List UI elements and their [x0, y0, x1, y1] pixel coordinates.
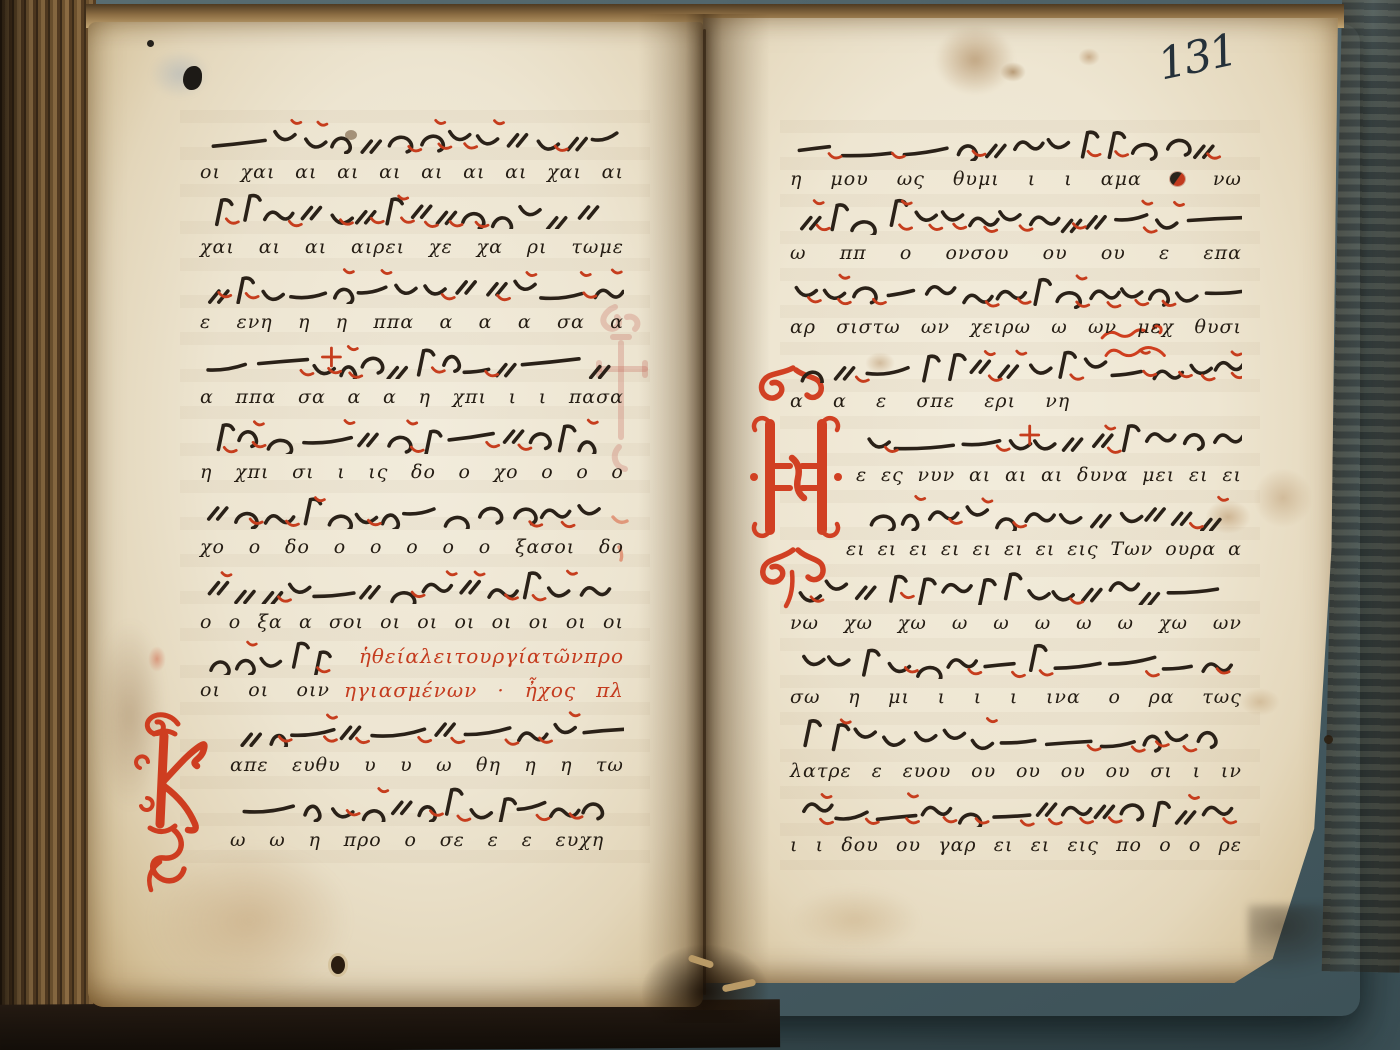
neume-line	[790, 122, 1242, 162]
lyric-syllable: η	[418, 386, 430, 408]
lyric-syllable: οι	[566, 611, 587, 633]
neume-line	[200, 189, 624, 230]
ink-speck	[147, 40, 154, 47]
lyric-syllable: ο	[479, 536, 491, 558]
lyric-syllable: ο	[443, 536, 455, 558]
neume-line	[230, 782, 624, 823]
lyric-syllable: α	[833, 390, 847, 412]
rubric-syllable: ηγιασμένων	[344, 678, 477, 702]
page-edge-stack-left	[0, 0, 96, 1050]
lyric-line: ααεσπεερινη	[790, 384, 1070, 418]
lyric-syllable: ρα	[1149, 686, 1175, 708]
lyric-syllable: δυνα	[1077, 464, 1128, 486]
lyric-syllable: ου	[1101, 242, 1126, 264]
lyric-syllable: χπι	[452, 386, 486, 408]
lyric-syllable: αι	[1041, 464, 1063, 486]
lyric-syllable: ο	[200, 611, 212, 633]
lyric-line: λατρεεευουουουουουσιιιν	[790, 754, 1242, 788]
lyric-syllable: δο	[599, 536, 624, 558]
neume-line	[200, 414, 624, 455]
lyric-syllable: αρ	[790, 316, 816, 338]
lyric-syllable: οι	[248, 679, 269, 701]
lyric-syllable: ει	[994, 834, 1014, 856]
lyric-syllable: ρι	[527, 236, 548, 258]
lyric-syllable: σα	[298, 386, 326, 408]
lyric-syllable: α	[610, 311, 624, 333]
gutter-shadow	[638, 14, 770, 1010]
lyric-syllable: ε	[488, 829, 499, 851]
lyric-syllable: πασα	[569, 386, 624, 408]
lyric-syllable: οι	[417, 611, 438, 633]
lyric-syllable: ες	[881, 464, 904, 486]
lyric-syllable: ππα	[373, 311, 414, 333]
floral-separator-ornament	[1170, 172, 1185, 186]
lyric-syllable: μει	[1142, 464, 1175, 486]
lyric-line: χοοδοοοοοοξασοιδο	[200, 530, 624, 564]
lyric-line: εενηηηππαααασαα	[200, 305, 624, 339]
lyric-syllable: ου	[1106, 760, 1131, 782]
lyric-syllable: ουρα	[1165, 538, 1216, 560]
lyric-syllable: η	[790, 168, 802, 190]
lyric-syllable: ι	[974, 686, 982, 708]
lyric-line: οοξαασοιοιοιοιοιοιοιοι	[200, 605, 624, 639]
lyric-line: απεευθυυυωθηηητω	[230, 748, 624, 782]
lyric-syllable: ως	[897, 168, 925, 190]
lyric-syllable: ε	[876, 390, 887, 412]
lyric-syllable: ππα	[236, 386, 277, 408]
rubric-syllable: ἡ	[359, 644, 372, 668]
lyric-syllable: α	[299, 611, 313, 633]
lyric-syllable: οι	[603, 611, 624, 633]
lyric-syllable: ο	[405, 829, 417, 851]
lyric-syllable: πο	[1116, 834, 1142, 856]
lyric-syllable: αι	[259, 236, 281, 258]
lyric-syllable: οι	[492, 611, 513, 633]
lyric-syllable: ι	[1028, 168, 1036, 190]
lyric-syllable: χο	[200, 536, 225, 558]
lyric-syllable: ι	[1193, 760, 1201, 782]
neume-line	[790, 640, 1242, 680]
lyric-syllable: ει	[1031, 834, 1051, 856]
lyric-syllable: ξασοι	[515, 536, 575, 558]
lyric-syllable: α	[440, 311, 454, 333]
lyric-syllable: οι	[454, 611, 475, 633]
neume-line	[856, 418, 1242, 458]
lyric-syllable: χαι	[200, 236, 235, 258]
lyric-syllable: επα	[1203, 242, 1242, 264]
lyric-syllable: αιρει	[351, 236, 405, 258]
lyric-syllable: α	[518, 311, 532, 333]
lyric-syllable: ε	[872, 760, 883, 782]
lyric-syllable: ω	[952, 612, 969, 634]
lyric-line: ωπποονσουουουεεπα	[790, 236, 1242, 270]
neume-line	[200, 264, 624, 305]
lyric-syllable: ο	[249, 536, 261, 558]
lyric-syllable: θη	[476, 754, 501, 776]
lyric-syllable: η	[200, 461, 212, 483]
lyric-syllable: αι	[463, 161, 485, 183]
lyric-syllable: ο	[459, 461, 471, 483]
lyric-syllable: ο	[611, 461, 623, 483]
rubric-syllable: πλ	[596, 678, 624, 702]
lyric-syllable: ευου	[903, 760, 952, 782]
lyric-line: νωχωχωωωωωωχωων	[790, 606, 1242, 640]
lyric-syllable: απε	[230, 754, 269, 776]
lyric-syllable: δο	[411, 461, 436, 483]
lyric-syllable: ω	[790, 242, 807, 264]
lyric-syllable: ο	[541, 461, 553, 483]
lyric-syllable: ι	[1064, 168, 1072, 190]
rubric-syllable: λειτουργία	[420, 644, 542, 668]
lyric-line: αρσιστωωνχειρωωωνμεχθυσι	[790, 310, 1242, 344]
lyric-syllable: ου	[1043, 242, 1068, 264]
lyric-line: ειειειειειειειειςΤωνουραα	[846, 532, 1242, 566]
lyric-line: αππασαααηχπιιιπασα	[200, 380, 624, 414]
lyric-syllable: η	[309, 829, 321, 851]
lyric-syllable: ερι	[984, 390, 1016, 412]
lyric-syllable: χω	[1159, 612, 1188, 634]
lyric-syllable: ι	[337, 461, 345, 483]
lyric-syllable: τω	[596, 754, 624, 776]
lyric-syllable: μου	[830, 168, 868, 190]
lyric-syllable: αι	[1005, 464, 1027, 486]
lyric-syllable: σω	[790, 686, 820, 708]
lyric-syllable: Των	[1111, 538, 1154, 560]
lyric-syllable: νω	[1213, 168, 1242, 190]
lyric-syllable: ου	[896, 834, 921, 856]
rubric-text: ἡθείαλειτουργίατῶνπρο	[359, 644, 624, 668]
neume-line	[790, 270, 1242, 310]
lyric-syllable: ο	[1159, 834, 1171, 856]
lyric-syllable: ο	[334, 536, 346, 558]
left-page-text-column: οιχαιαιαιαιαιαιαιχαιαιχαιαιαιαιρειχεχαρι…	[200, 114, 624, 857]
lyric-syllable: ευθυ	[292, 754, 341, 776]
rubric-syllable: ·	[497, 678, 504, 702]
lyric-syllable: ε	[856, 464, 867, 486]
lyric-syllable: ει	[1189, 464, 1209, 486]
lyric-syllable: ων	[1213, 612, 1242, 634]
lyric-syllable: οι	[529, 611, 550, 633]
rubric-syllable: ἦχος	[525, 678, 576, 702]
lyric-line: ωωηπροοσεεεευχη	[230, 823, 604, 857]
lyric-syllable: αι	[505, 161, 527, 183]
lyric-syllable: α	[790, 390, 804, 412]
lyric-syllable: η	[560, 754, 572, 776]
page-corner-curl-shadow	[1248, 905, 1358, 975]
lyric-syllable: α	[1228, 538, 1242, 560]
lyric-syllable: σιστω	[836, 316, 900, 338]
lyric-syllable: ο	[370, 536, 382, 558]
lyric-syllable: σι	[292, 461, 314, 483]
lyric-syllable: χε	[429, 236, 453, 258]
lyric-syllable: οιν	[297, 679, 330, 701]
lyric-line: ιιδουουγαρειειειςποοορε	[790, 828, 1242, 862]
lyric-syllable: ι	[509, 386, 517, 408]
lyric-syllable: αι	[421, 161, 443, 183]
lyric-syllable: εις	[1067, 538, 1098, 560]
neume-line	[200, 489, 624, 530]
lyric-syllable: ευχη	[556, 829, 605, 851]
lyric-syllable: προ	[344, 829, 382, 851]
lyric-syllable: ου	[971, 760, 996, 782]
lyric-syllable: ι	[790, 834, 798, 856]
lyric-syllable: σε	[440, 829, 465, 851]
lyric-syllable: τως	[1202, 686, 1242, 708]
lyric-syllable: ι	[938, 686, 946, 708]
neume-line	[856, 492, 1242, 532]
lyric-syllable: ου	[1016, 760, 1041, 782]
lyric-syllable: ει	[1222, 464, 1242, 486]
lyric-syllable: οι	[200, 161, 221, 183]
lyric-syllable: ω	[1051, 316, 1068, 338]
lyric-syllable: αι	[295, 161, 317, 183]
lyric-syllable: αι	[305, 236, 327, 258]
lyric-syllable: ει	[1036, 538, 1056, 560]
lyric-syllable: ω	[993, 612, 1010, 634]
lyric-syllable: ι	[539, 386, 547, 408]
lyric-syllable: α	[200, 386, 214, 408]
lyric-line: ημουωςθυμιιιαμανω	[790, 162, 1242, 196]
lyric-syllable: ω	[436, 754, 453, 776]
lyric-syllable: ει	[972, 538, 992, 560]
lyric-syllable: σα	[557, 311, 585, 333]
neume-line	[200, 339, 624, 380]
lyric-line: οιχαιαιαιαιαιαιαιχαιαι	[200, 155, 624, 189]
lyric-syllable: ο	[1108, 686, 1120, 708]
lyric-syllable: ε	[522, 829, 533, 851]
lyric-syllable: ω	[1035, 612, 1052, 634]
lyric-syllable: η	[336, 311, 348, 333]
lyric-syllable: σοι	[329, 611, 364, 633]
lyric-syllable: υ	[400, 754, 413, 776]
lyric-syllable: ο	[229, 611, 241, 633]
lyric-syllable: δο	[285, 536, 310, 558]
lyric-syllable: μι	[888, 686, 910, 708]
lyric-syllable: ω	[230, 829, 247, 851]
lyric-syllable: ου	[1061, 760, 1086, 782]
lyric-syllable: ω	[1076, 612, 1093, 634]
lyric-syllable: οι	[380, 611, 401, 633]
lyric-text: οιοιοιν	[200, 679, 330, 701]
lyric-syllable: ι	[816, 834, 824, 856]
lyric-syllable: νη	[1045, 390, 1070, 412]
neume-line	[790, 714, 1242, 754]
lyric-syllable: εις	[1068, 834, 1099, 856]
lyric-syllable: ονσου	[946, 242, 1010, 264]
lyric-syllable: η	[848, 686, 860, 708]
lyric-syllable: ις	[368, 461, 388, 483]
lyric-syllable: σπε	[916, 390, 955, 412]
lyric-syllable: χω	[844, 612, 873, 634]
lyric-syllable: χπι	[235, 461, 269, 483]
lyric-syllable: α	[383, 386, 397, 408]
lyric-syllable: ε	[1159, 242, 1170, 264]
lyric-syllable: ο	[576, 461, 588, 483]
lyric-syllable: αμα	[1101, 168, 1142, 190]
photograph-of-open-manuscript: 131	[0, 0, 1400, 1050]
lyric-syllable: σι	[1150, 760, 1172, 782]
lyric-syllable: χειρω	[970, 316, 1031, 338]
lyric-syllable: χαι	[547, 161, 582, 183]
lyric-syllable: μεχ	[1137, 316, 1174, 338]
lyric-syllable: τωμε	[571, 236, 624, 258]
lyric-line: ηχπισιιιςδοοχοοοο	[200, 455, 624, 489]
lyric-syllable: ρε	[1219, 834, 1242, 856]
lyric-syllable: ο	[1189, 834, 1201, 856]
lyric-syllable: ππ	[840, 242, 867, 264]
lyric-syllable: η	[524, 754, 536, 776]
lyric-syllable: η	[298, 311, 310, 333]
rubric-text: ηγιασμένων·ἦχοςπλ	[344, 678, 624, 702]
neume-line	[200, 564, 624, 605]
lyric-syllable: αι	[602, 161, 624, 183]
lyric-syllable: ει	[909, 538, 929, 560]
neume-line	[200, 114, 624, 155]
lyric-syllable: οι	[200, 679, 221, 701]
rubric-syllable: θεία	[372, 644, 420, 668]
lyric-syllable: α	[479, 311, 493, 333]
lyric-syllable: ων	[1088, 316, 1117, 338]
lyric-syllable: νω	[790, 612, 819, 634]
lyric-syllable: ων	[921, 316, 950, 338]
lyric-syllable: ει	[846, 538, 866, 560]
lyric-syllable: ο	[900, 242, 912, 264]
lyric-syllable: δου	[841, 834, 878, 856]
lyric-line: εεςνυναιαιαιδυναμειειει	[856, 458, 1242, 492]
lyric-syllable: χα	[477, 236, 503, 258]
lyric-syllable: ιν	[1221, 760, 1242, 782]
lyric-syllable: ινα	[1046, 686, 1081, 708]
lyric-syllable: χω	[898, 612, 927, 634]
lyric-syllable: λατρε	[790, 760, 852, 782]
rubric-line: οιοιοινηγιασμένων·ἦχοςπλ	[200, 673, 624, 707]
lyric-syllable: χαι	[241, 161, 276, 183]
lyric-syllable: αι	[337, 161, 359, 183]
lyric-syllable: αι	[379, 161, 401, 183]
neume-line	[790, 344, 1242, 384]
lyric-syllable: ω	[269, 829, 286, 851]
lyric-syllable: αι	[969, 464, 991, 486]
neume-line	[230, 707, 624, 748]
lyric-syllable: ενη	[237, 311, 273, 333]
lyric-syllable: θυσι	[1195, 316, 1242, 338]
neume-line	[790, 566, 1242, 606]
rubric-line: ἡθείαλειτουργίατῶνπρο	[200, 639, 624, 673]
rubric-syllable: τῶν	[542, 644, 585, 668]
spine-crease	[703, 29, 706, 995]
neume-line	[790, 196, 1242, 236]
lyric-syllable: α	[347, 386, 361, 408]
right-page-text-column: ημουωςθυμιιιαμανωωπποονσουουουεεπααρσιστ…	[790, 122, 1242, 862]
lyric-syllable: υ	[364, 754, 377, 776]
lyric-syllable: θυμι	[953, 168, 1000, 190]
lyric-syllable: ει	[878, 538, 898, 560]
lyric-syllable: ε	[200, 311, 211, 333]
lyric-syllable: ει	[1004, 538, 1024, 560]
lyric-syllable: νυν	[918, 464, 956, 486]
lyric-syllable: ω	[1118, 612, 1135, 634]
lyric-syllable: ξα	[257, 611, 282, 633]
lyric-line: σωημιιιιιναορατως	[790, 680, 1242, 714]
lyric-syllable: γαρ	[938, 834, 976, 856]
lyric-syllable: ο	[406, 536, 418, 558]
lyric-syllable: ει	[941, 538, 961, 560]
lyric-line: χαιαιαιαιρειχεχαριτωμε	[200, 230, 624, 264]
rubric-syllable: προ	[584, 644, 624, 668]
lyric-syllable: ι	[1010, 686, 1018, 708]
neume-line	[790, 788, 1242, 828]
lyric-syllable: χο	[494, 461, 519, 483]
